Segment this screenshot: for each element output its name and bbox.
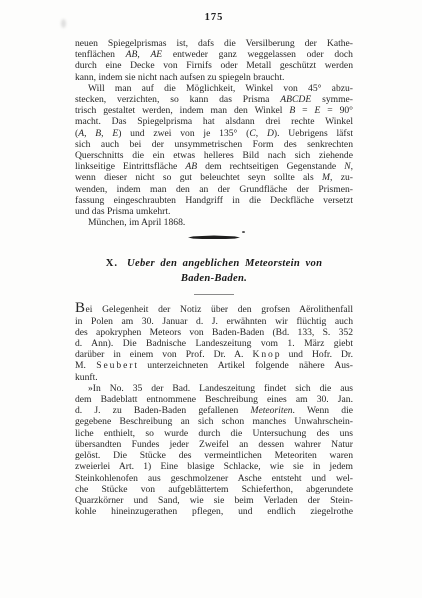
text-line: neuen Spiegelprismas ist, dafs die Versi… (75, 38, 353, 49)
text-line: in Polen am 30. Januar d. J. erwähnten w… (75, 316, 353, 327)
text-line: sich auch bei der unsymmetrischen Form d… (75, 139, 353, 150)
text-line: kohle hineinzugerathen pflegen, und endl… (75, 506, 353, 517)
title-underline-rule (194, 294, 234, 295)
scanned-journal-page: 175 neuen Spiegelprismas ist, dafs die V… (0, 0, 422, 598)
dateline: München, im April 1868. (75, 217, 353, 228)
article-heading: X.Ueber den angeblichen Meteorstein von … (75, 256, 353, 286)
text-line: durch eine Decke von Firnifs oder Metall… (75, 60, 353, 71)
text-line: fassung eingeschraubten Handgriff in die… (75, 195, 353, 206)
text-line: Querschnitts die ein etwas helleres Bild… (75, 150, 353, 161)
text-line: d. J. zu Baden-Baden gefallenen Meteorit… (75, 405, 353, 416)
text-line: übersandten Fundes jeder Zweifel an dess… (75, 439, 353, 450)
text-line: linkseitige Eintrittsfläche AB dem recht… (75, 161, 353, 172)
article-number: X. (106, 258, 118, 269)
text-line: und das Prisma umkehrt. (75, 206, 353, 217)
text-line: Will man auf die Möglichkeit, Winkel von… (75, 83, 353, 94)
text-line: (A, B, E) und zwei von je 135° (C, D). U… (75, 128, 353, 139)
text-line: liche enthielt, so wurde durch die Unter… (75, 428, 353, 439)
text-line: Quarzkörner und Sand, wie sie beim Verla… (75, 495, 353, 506)
text-line: d. Ann). Die Badnische Landeszeitung vom… (75, 338, 353, 349)
paragraph-continuation: neuen Spiegelprismas ist, dafs die Versi… (75, 38, 353, 83)
article-title-line1-row: X.Ueber den angeblichen Meteorstein von (75, 256, 353, 271)
text-line: dem Badeblatt entnommene Beschreibung ei… (75, 394, 353, 405)
page-number: 175 (75, 12, 353, 23)
article-title-line2: Baden-Baden. (75, 271, 353, 286)
paragraph-bei-gelegenheit: Bei Gelegenheit der Notiz über den grofs… (75, 304, 353, 382)
text-line: gelöst. Die Stücke des vermeintlichen Me… (75, 450, 353, 461)
text-line: des apokryphen Meteors von Baden-Baden (… (75, 327, 353, 338)
text-line: Bei Gelegenheit der Notiz über den grofs… (75, 304, 353, 315)
text-line: trisch gestaltet werden, indem man den W… (75, 105, 353, 116)
scan-smudge (61, 19, 66, 28)
text-line: M. S e u b e r t unterzeichneten Artikel… (75, 360, 353, 371)
paragraph-will-man: Will man auf die Möglichkeit, Winkel von… (75, 83, 353, 217)
text-line: kunft. (75, 372, 353, 383)
text-line: tenflächen AB, AE entweder ganz weggelas… (75, 49, 353, 60)
text-line: gegebene Beschreibung an sich schon manc… (75, 416, 353, 427)
article-title-line1: Ueber den angeblichen Meteorstein von (127, 258, 322, 269)
text-line: wenden, indem man den an der Grundfläche… (75, 184, 353, 195)
ink-dot-artifact (242, 231, 245, 233)
text-line: che Stücke von aufgeblättertem Schiefert… (75, 484, 353, 495)
section-divider-rule (188, 235, 240, 239)
text-line: macht. Das Spiegelprisma hat alsdann dre… (75, 116, 353, 127)
text-line: darüber in einem von Prof. Dr. A. K n o … (75, 349, 353, 360)
text-line: wenn dieser nicht so gut beleuchtet seyn… (75, 172, 353, 183)
initial-capital: B (75, 300, 86, 316)
text-block: neuen Spiegelprismas ist, dafs die Versi… (75, 38, 353, 517)
text-line: »In No. 35 der Bad. Landeszeitung findet… (75, 383, 353, 394)
text-line: zweierlei Art. 1) Eine blasige Schlacke,… (75, 461, 353, 472)
text-line: stecken, verzichten, so kann das Prisma … (75, 94, 353, 105)
paragraph-quote: »In No. 35 der Bad. Landeszeitung findet… (75, 383, 353, 517)
text-line: kann, indem sie nicht nach aufsen zu spi… (75, 72, 353, 83)
text-line: Steinkohlenofen aus geschmolzener Asche … (75, 473, 353, 484)
